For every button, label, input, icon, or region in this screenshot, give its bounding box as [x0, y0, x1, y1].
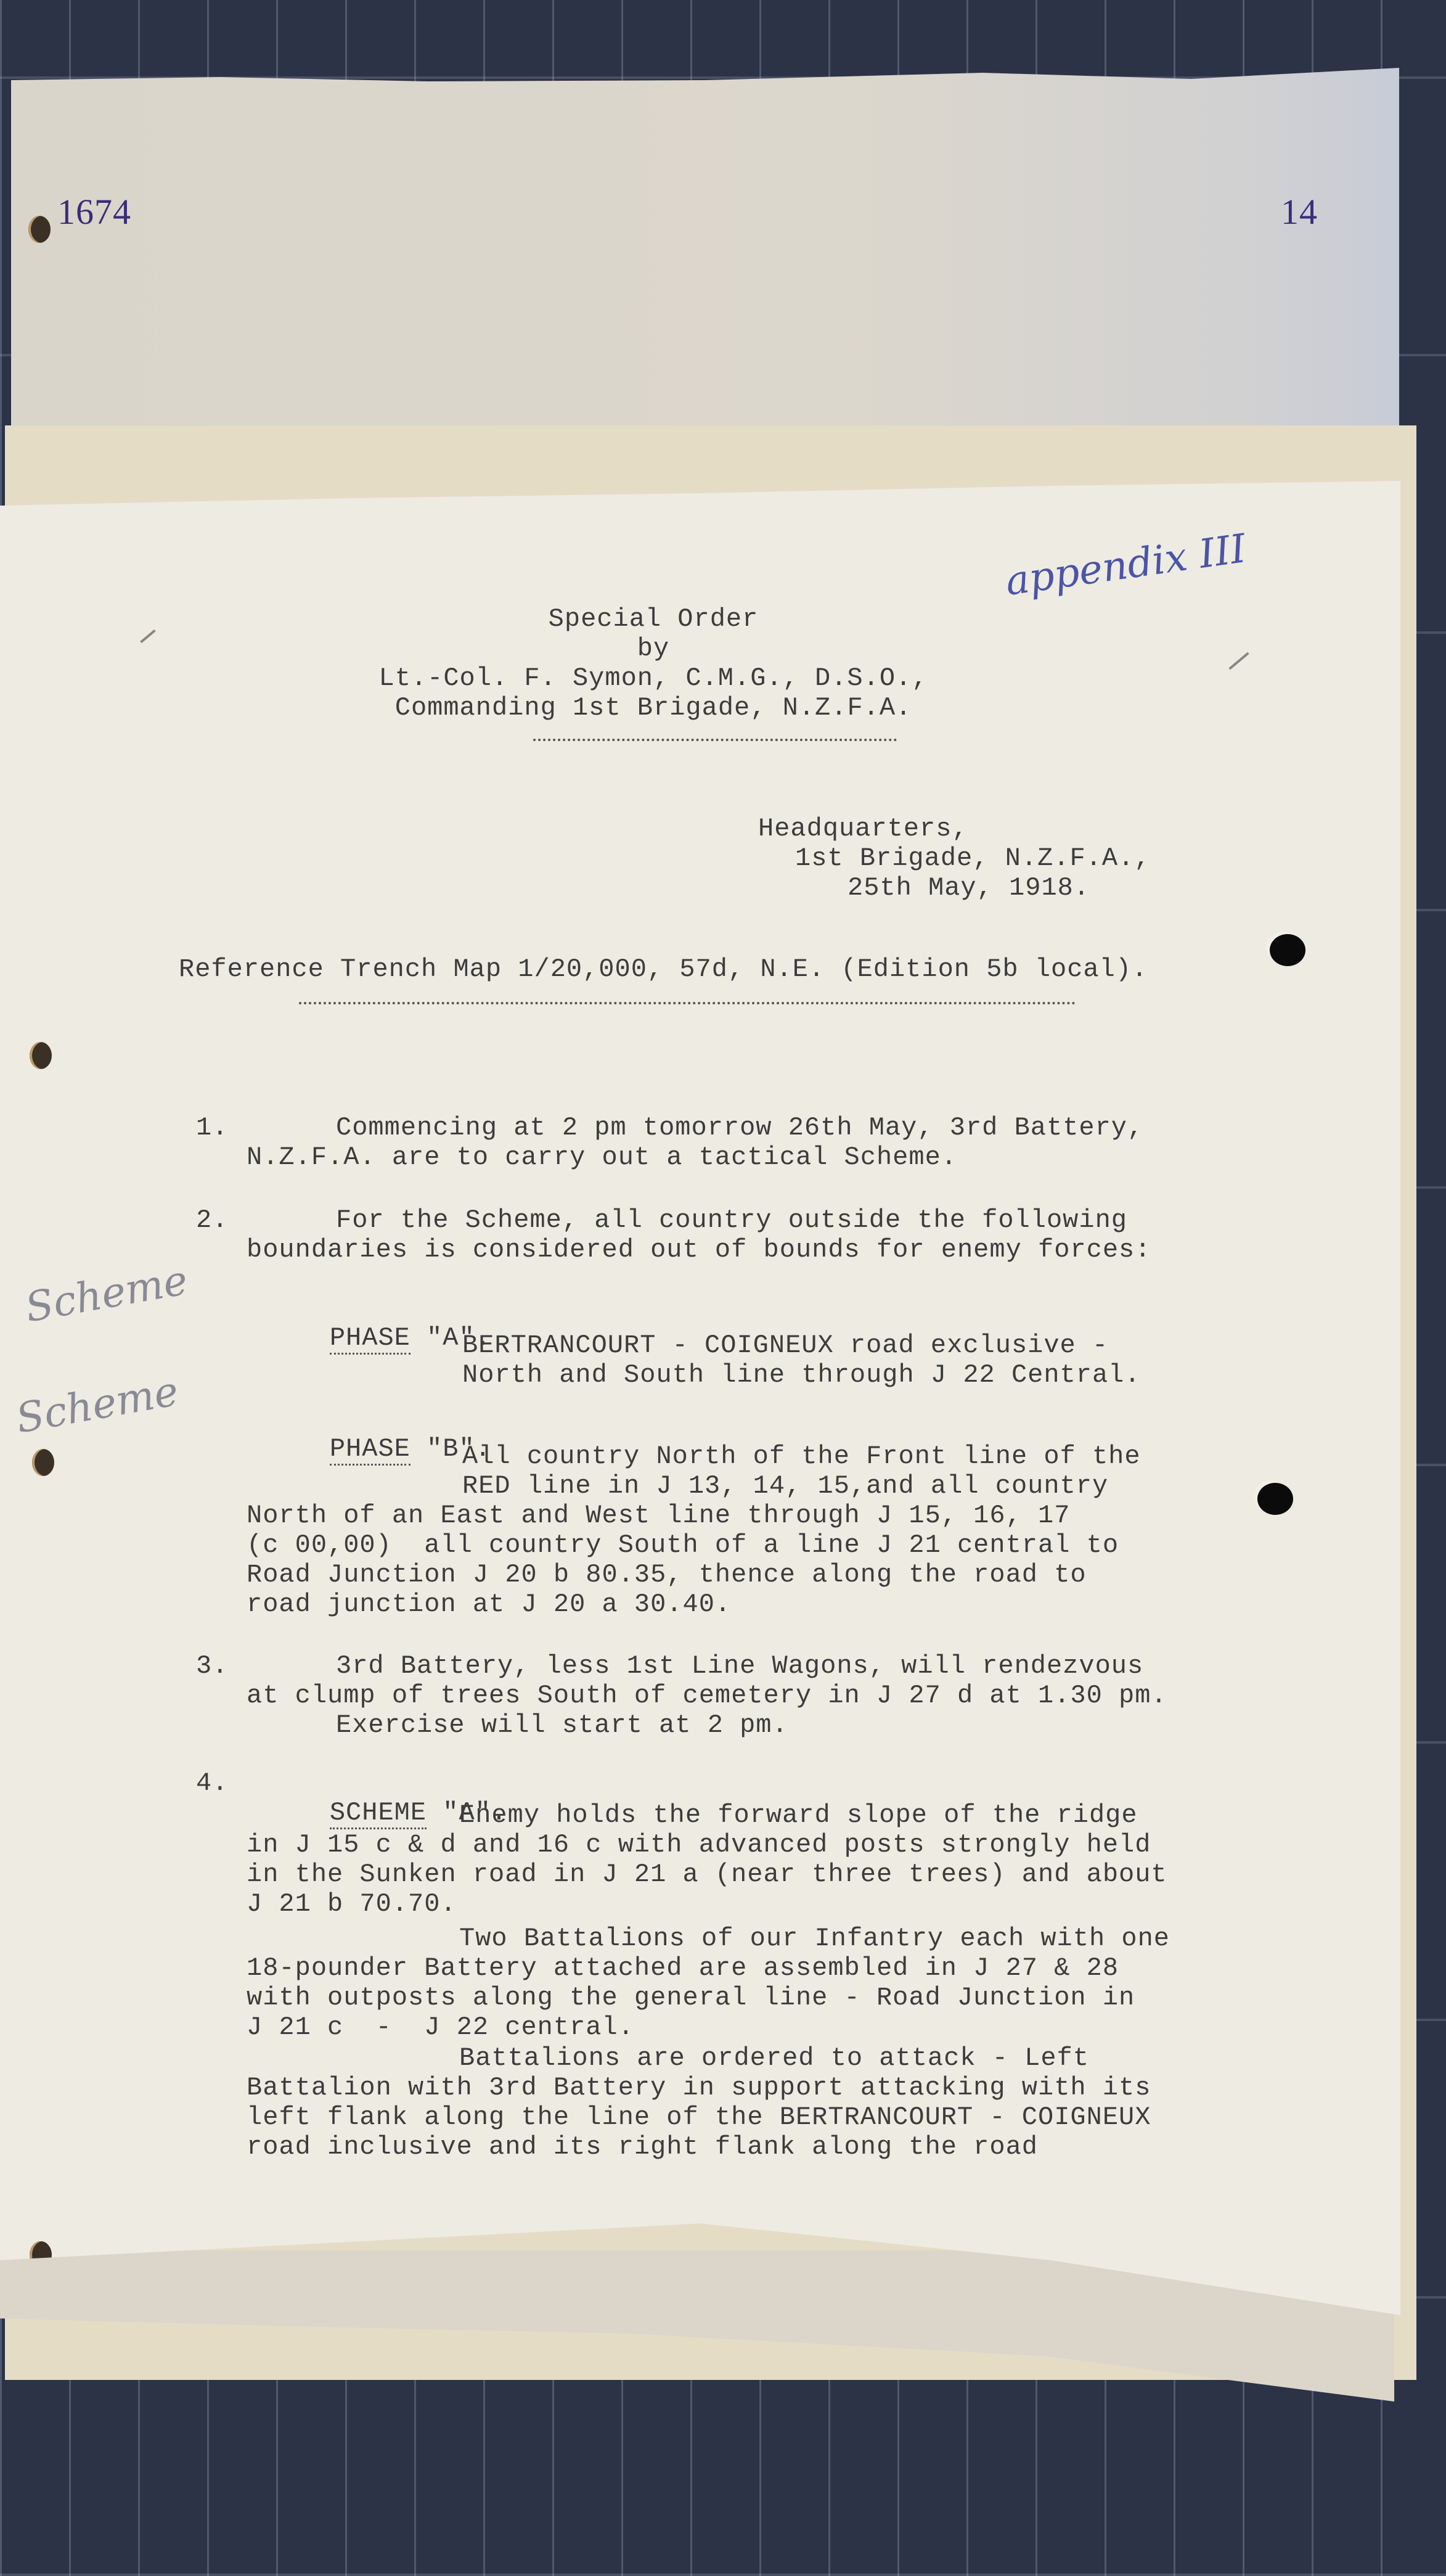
- punch-hole: [30, 1042, 52, 1069]
- paragraph-4-line: 18-pounder Battery attached are assemble…: [247, 1953, 1119, 1983]
- paragraph-4-line: Battalion with 3rd Battery in support at…: [247, 2073, 1151, 2102]
- paragraph-4-line: Two Battalions of our Infantry each with…: [459, 1924, 1170, 1953]
- paragraph-1-line: Commencing at 2 pm tomorrow 26th May, 3r…: [336, 1113, 1143, 1142]
- margin-annotation-phase-b: Scheme: [12, 1368, 182, 1443]
- paragraph-2-line: For the Scheme, all country outside the …: [336, 1205, 1127, 1235]
- punch-hole: [32, 1449, 54, 1476]
- paragraph-4-line: left flank along the line of the BERTRAN…: [247, 2102, 1151, 2132]
- scheme-a-label: SCHEME: [330, 1798, 427, 1829]
- paragraph-4-number: 4.: [196, 1768, 228, 1798]
- order-command: Commanding 1st Brigade, N.Z.F.A.: [345, 693, 962, 723]
- address-line-1: Headquarters,: [758, 814, 968, 843]
- phase-b-label: PHASE: [330, 1434, 411, 1466]
- order-officer: Lt.-Col. F. Symon, C.M.G., D.S.O.,: [345, 663, 962, 693]
- paragraph-2-line: boundaries is considered out of bounds f…: [247, 1235, 1151, 1265]
- pencil-mark: [1228, 652, 1249, 670]
- paragraph-4-line: road inclusive and its right flank along…: [247, 2132, 1038, 2162]
- paragraph-4-line: Enemy holds the forward slope of the rid…: [459, 1800, 1138, 1830]
- margin-annotation-phase-a: Scheme: [22, 1257, 191, 1332]
- punch-hole: [28, 216, 51, 243]
- phase-b-line: road junction at J 20 a 30.40.: [247, 1589, 731, 1619]
- phase-a-label: PHASE: [330, 1323, 411, 1355]
- phase-b-line: North of an East and West line through J…: [247, 1501, 1070, 1530]
- phase-b-line: All country North of the Front line of t…: [462, 1442, 1141, 1471]
- paragraph-1-line: N.Z.F.A. are to carry out a tactical Sch…: [247, 1142, 957, 1172]
- phase-a-line: North and South line through J 22 Centra…: [462, 1360, 1141, 1390]
- phase-b-line: RED line in J 13, 14, 15,and all country: [462, 1471, 1108, 1501]
- paragraph-4-line: with outposts along the general line - R…: [247, 1983, 1135, 2012]
- archive-page-number: 14: [1281, 191, 1318, 232]
- paragraph-3-line: Exercise will start at 2 pm.: [336, 1710, 788, 1740]
- phase-a-heading: PHASE "A".: [265, 1294, 491, 1382]
- phase-b-line: (c 00,00) all country South of a line J …: [247, 1530, 1119, 1560]
- archive-reference-number: 1674: [57, 191, 131, 232]
- phase-b-line: Road Junction J 20 b 80.35, thence along…: [247, 1560, 1087, 1589]
- special-order-document: appendix III Special Order by Lt.-Col. F…: [0, 481, 1400, 2315]
- paragraph-4-line: J 21 c - J 22 central.: [247, 2012, 634, 2042]
- paragraph-4-line: J 21 b 70.70.: [247, 1889, 457, 1919]
- phase-a-line: BERTRANCOURT - COIGNEUX road exclusive -: [462, 1331, 1108, 1360]
- appendix-annotation: appendix III: [1003, 526, 1249, 605]
- order-by: by: [345, 634, 962, 663]
- phase-b-heading: PHASE "B".: [265, 1405, 491, 1493]
- paragraph-3-line: at clump of trees South of cemetery in J…: [247, 1681, 1167, 1710]
- heading-rule: [533, 739, 897, 741]
- punch-hole: [1257, 1483, 1293, 1515]
- map-reference: Reference Trench Map 1/20,000, 57d, N.E.…: [179, 954, 1148, 984]
- pencil-mark: [140, 630, 156, 643]
- address-line-2: 1st Brigade, N.Z.F.A.,: [795, 843, 1151, 873]
- paragraph-2-number: 2.: [196, 1205, 228, 1235]
- reference-rule: [299, 1002, 1076, 1004]
- paragraph-4-line: in J 15 c & d and 16 c with advanced pos…: [247, 1830, 1151, 1860]
- paragraph-3-number: 3.: [196, 1651, 228, 1681]
- paragraph-1-number: 1.: [196, 1113, 228, 1142]
- paragraph-4-line: in the Sunken road in J 21 a (near three…: [247, 1860, 1167, 1889]
- order-title: Special Order: [345, 604, 962, 634]
- paragraph-3-line: 3rd Battery, less 1st Line Wagons, will …: [336, 1651, 1143, 1681]
- punch-hole: [1270, 934, 1305, 966]
- address-date: 25th May, 1918.: [848, 873, 1090, 903]
- paragraph-4-line: Battalions are ordered to attack - Left: [459, 2043, 1089, 2073]
